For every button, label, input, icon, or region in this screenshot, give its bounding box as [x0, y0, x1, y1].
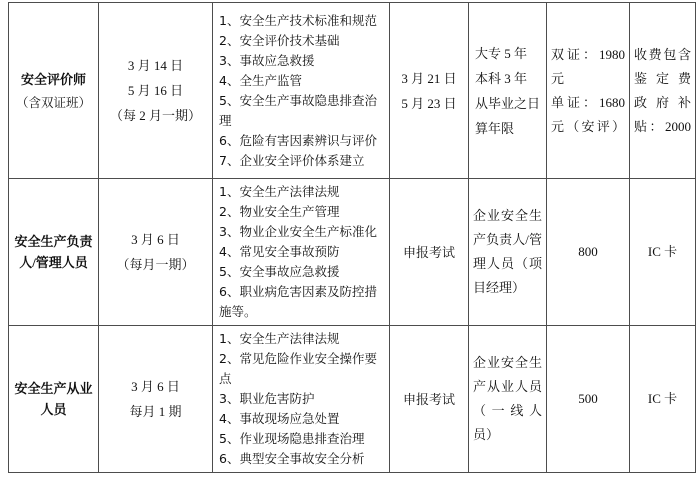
table-row: 安全生产从业人员3 月 6 日每月 1 期1、安全生产法律法规2、常见危险作业安…: [9, 326, 696, 473]
requirement-line: 从毕业之日: [473, 91, 542, 116]
exam-line: 5 月 23 日: [394, 91, 464, 116]
note-line: 收费包含: [634, 43, 691, 67]
table-row: 安全评价师（含双证班）3 月 14 日5 月 16 日（每 2 月一期）1、安全…: [9, 3, 696, 179]
exam-cell: 申报考试: [390, 326, 469, 473]
requirement-line: 大专 5 年: [473, 41, 542, 66]
note-line: 政府补: [634, 91, 691, 115]
note-cell: IC 卡: [630, 326, 696, 473]
schedule-line: 3 月 6 日: [103, 227, 208, 252]
content-item: 4、常见安全事故预防: [219, 242, 385, 262]
note-line: IC 卡: [634, 240, 691, 264]
schedule-line: 3 月 14 日: [103, 53, 208, 78]
schedule-line: （每月一期）: [103, 252, 208, 277]
content-item: 2、物业安全生产管理: [219, 202, 385, 222]
table-row: 安全生产负责人/管理人员3 月 6 日（每月一期）1、安全生产法律法规2、物业安…: [9, 179, 696, 326]
requirement-text: 企业安全生产从业人员（一线人员）: [473, 351, 542, 447]
exam-cell: 申报考试: [390, 179, 469, 326]
note-line: IC 卡: [634, 387, 691, 411]
content-item: 1、安全生产法律法规: [219, 329, 385, 349]
requirement-cell: 大专 5 年本科 3 年从毕业之日算年限: [469, 3, 547, 179]
content-cell: 1、安全生产法律法规2、常见危险作业安全操作要点3、职业危害防护4、事故现场应急…: [213, 326, 390, 473]
content-item: 1、安全生产法律法规: [219, 182, 385, 202]
schedule-line: 每月 1 期: [103, 399, 208, 424]
course-subtitle: （含双证班）: [13, 93, 94, 113]
course-cell: 安全生产从业人员: [9, 326, 99, 473]
content-item: 4、全生产监管: [219, 71, 385, 91]
content-item: 5、作业现场隐患排查治理: [219, 429, 385, 449]
content-item: 7、企业安全评价体系建立: [219, 151, 385, 171]
content-item: 3、物业企业安全生产标准化: [219, 222, 385, 242]
content-item: 3、事故应急救援: [219, 51, 385, 71]
fee-line: 500: [551, 387, 625, 411]
exam-line: 申报考试: [394, 240, 464, 265]
course-title: 安全生产从业人员: [13, 378, 94, 420]
requirement-cell: 企业安全生产从业人员（一线人员）: [469, 326, 547, 473]
fee-cell: 500: [547, 326, 630, 473]
fee-cell: 800: [547, 179, 630, 326]
requirement-line: 本科 3 年: [473, 66, 542, 91]
fee-line: 单证：1680: [551, 91, 625, 115]
content-cell: 1、安全生产法律法规2、物业安全生产管理3、物业企业安全生产标准化4、常见安全事…: [213, 179, 390, 326]
requirement-text: 企业安全生产负责人/管理人员（项目经理）: [473, 204, 542, 300]
schedule-cell: 3 月 6 日（每月一期）: [99, 179, 213, 326]
content-item: 1、安全生产技术标准和规范: [219, 11, 385, 31]
requirement-cell: 企业安全生产负责人/管理人员（项目经理）: [469, 179, 547, 326]
content-cell: 1、安全生产技术标准和规范2、安全评价技术基础3、事故应急救援4、全生产监管5、…: [213, 3, 390, 179]
schedule-line: （每 2 月一期）: [103, 103, 208, 128]
exam-line: 申报考试: [394, 387, 464, 412]
content-item: 4、事故现场应急处置: [219, 409, 385, 429]
content-item: 2、安全评价技术基础: [219, 31, 385, 51]
table-body: 安全评价师（含双证班）3 月 14 日5 月 16 日（每 2 月一期）1、安全…: [9, 3, 696, 473]
schedule-cell: 3 月 6 日每月 1 期: [99, 326, 213, 473]
fee-cell: 双证：1980元单证：1680元（安评）: [547, 3, 630, 179]
course-title: 安全生产负责人/管理人员: [13, 231, 94, 273]
exam-line: 3 月 21 日: [394, 66, 464, 91]
course-cell: 安全生产负责人/管理人员: [9, 179, 99, 326]
note-line: 贴：2000: [634, 115, 691, 139]
content-item: 6、职业病危害因素及防控措施等。: [219, 282, 385, 322]
note-cell: 收费包含鉴定费政府补贴：2000: [630, 3, 696, 179]
note-line: 鉴定费: [634, 67, 691, 91]
schedule-line: 3 月 6 日: [103, 374, 208, 399]
content-item: 2、常见危险作业安全操作要点: [219, 349, 385, 389]
schedule-cell: 3 月 14 日5 月 16 日（每 2 月一期）: [99, 3, 213, 179]
requirement-line: 算年限: [473, 116, 542, 141]
fee-line: 元（安评）: [551, 115, 625, 139]
content-item: 5、安全事故应急救援: [219, 262, 385, 282]
course-cell: 安全评价师（含双证班）: [9, 3, 99, 179]
note-cell: IC 卡: [630, 179, 696, 326]
fee-line: 双证：1980: [551, 43, 625, 67]
document-page: 安全评价师（含双证班）3 月 14 日5 月 16 日（每 2 月一期）1、安全…: [0, 0, 700, 473]
content-item: 3、职业危害防护: [219, 389, 385, 409]
exam-cell: 3 月 21 日5 月 23 日: [390, 3, 469, 179]
training-schedule-table: 安全评价师（含双证班）3 月 14 日5 月 16 日（每 2 月一期）1、安全…: [8, 2, 696, 473]
fee-line: 元: [551, 67, 625, 91]
fee-line: 800: [551, 240, 625, 264]
content-item: 6、危险有害因素辨识与评价: [219, 131, 385, 151]
content-item: 5、安全生产事故隐患排查治理: [219, 91, 385, 131]
course-title: 安全评价师: [13, 69, 94, 90]
schedule-line: 5 月 16 日: [103, 78, 208, 103]
content-item: 6、典型安全事故安全分析: [219, 449, 385, 469]
